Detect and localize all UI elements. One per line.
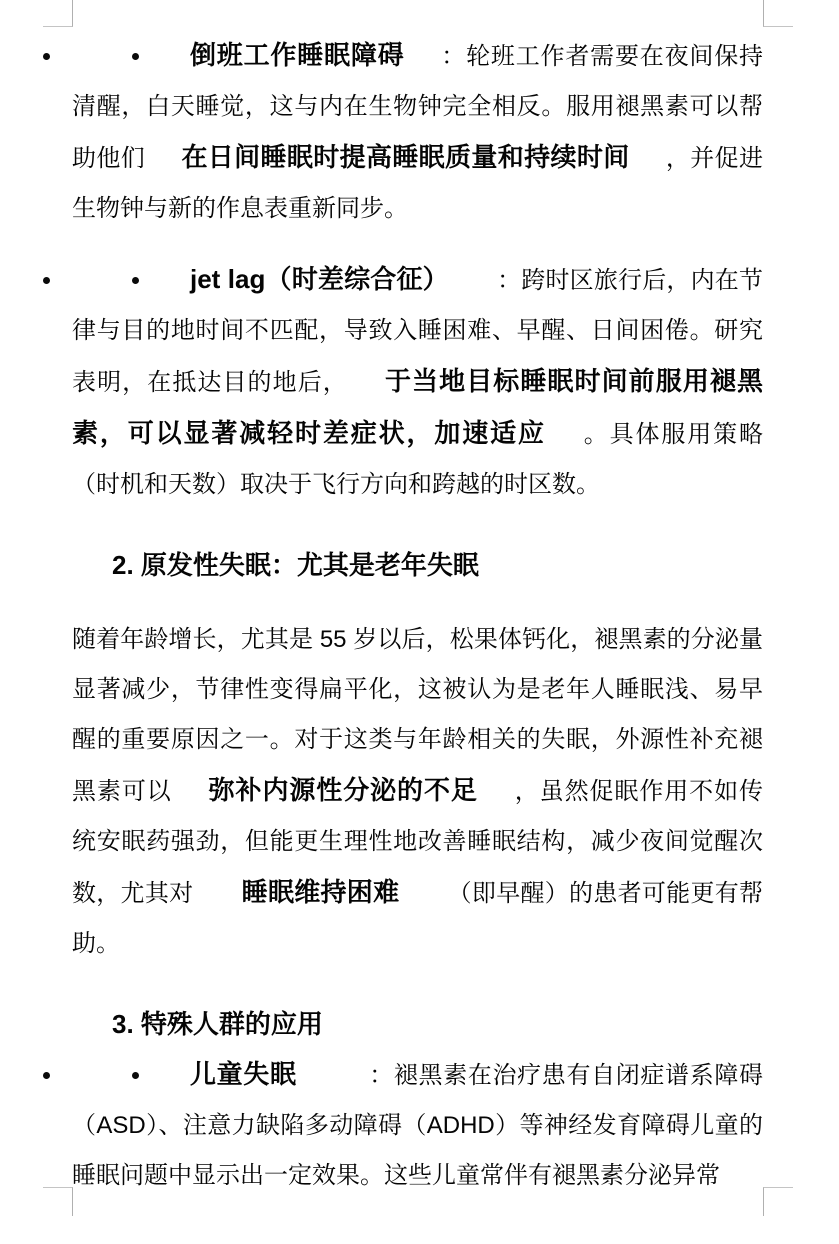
bold-phrase: 睡眠维持困难 xyxy=(241,877,399,907)
bullet-item-jet-lag: jet lag（时差综合征） ：跨时区旅行后，内在节律与目的地时间不匹配，导致入… xyxy=(72,254,763,510)
crop-mark-bottom-right xyxy=(763,1187,793,1216)
bullet-marker-inner-icon xyxy=(132,53,139,60)
bold-phrase: 在日间睡眠时提高睡眠质量和持续时间 xyxy=(181,142,629,172)
body-text: ：褪黑素在治疗患有自闭症谱系障碍（ASD）、注意力缺陷多动障碍（ADHD）等神经… xyxy=(72,1062,763,1189)
bold-term: 儿童失眠 xyxy=(190,1059,297,1089)
paragraph-elderly-insomnia: 随着年龄增长，尤其是 55 岁以后，松果体钙化，褪黑素的分泌量显著减少，节律性变… xyxy=(72,615,763,969)
crop-mark-top-right xyxy=(763,0,793,27)
bullet-marker-outer-icon xyxy=(43,1072,50,1079)
bold-term: 倒班工作睡眠障碍 xyxy=(190,40,404,70)
crop-mark-top-left xyxy=(43,0,73,27)
bullet-item-shift-work: 倒班工作睡眠障碍 ：轮班工作者需要在夜间保持清醒，白天睡觉，这与内在生物钟完全相… xyxy=(72,30,763,234)
bold-term: jet lag（时差综合征） xyxy=(190,264,449,294)
bullet-marker-outer-icon xyxy=(43,53,50,60)
bullet-item-children-insomnia: 儿童失眠 ：褪黑素在治疗患有自闭症谱系障碍（ASD）、注意力缺陷多动障碍（ADH… xyxy=(72,1049,763,1201)
document-page: 倒班工作睡眠障碍 ：轮班工作者需要在夜间保持清醒，白天睡觉，这与内在生物钟完全相… xyxy=(0,0,839,1244)
section-heading-primary-insomnia: 2. 原发性失眠：尤其是老年失眠 xyxy=(112,540,763,590)
document-body: 倒班工作睡眠障碍 ：轮班工作者需要在夜间保持清醒，白天睡觉，这与内在生物钟完全相… xyxy=(72,0,763,1201)
bold-phrase: 弥补内源性分泌的不足 xyxy=(208,775,478,805)
section-heading-special-populations: 3. 特殊人群的应用 xyxy=(112,999,763,1049)
crop-mark-bottom-left xyxy=(43,1187,73,1216)
bullet-marker-outer-icon xyxy=(43,277,50,284)
bullet-marker-inner-icon xyxy=(132,277,139,284)
bullet-marker-inner-icon xyxy=(132,1072,139,1079)
